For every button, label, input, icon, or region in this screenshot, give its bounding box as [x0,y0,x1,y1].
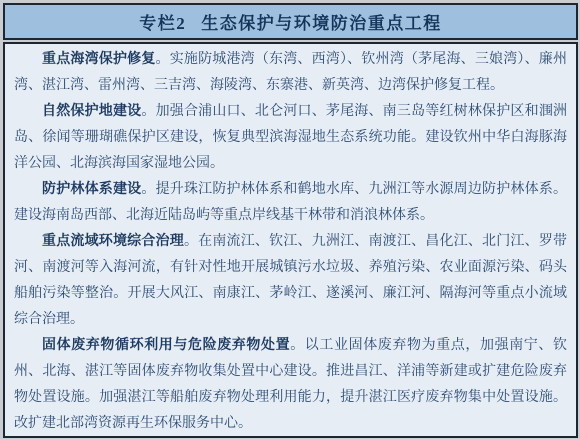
paragraph-river-basin-treatment: 重点流域环境综合治理。在南流江、钦江、九洲江、南渡江、昌化江、北门江、罗带河、南… [14,229,567,333]
paragraph-lead: 自然保护地建设 [42,104,141,119]
paragraph-lead: 固体废弃物循环利用与危险废弃物处置 [42,338,290,353]
screenshot-canvas: 专栏2 生态保护与环境防治重点工程 重点海湾保护修复。实施防城港湾（东湾、西湾）… [0,0,580,439]
box-header-title: 生态保护与环境防治重点工程 [201,9,442,34]
paragraph-solid-waste: 固体废弃物循环利用与危险废弃物处置。以工业固体废弃物为重点，加强南宁、钦州、北海… [14,333,567,437]
paragraph-key-bay-restoration: 重点海湾保护修复。实施防城港湾（东湾、西湾）、钦州湾（茅尾海、三娘湾）、廉州湾、… [14,47,567,99]
box-body: 重点海湾保护修复。实施防城港湾（东湾、西湾）、钦州湾（茅尾海、三娘湾）、廉州湾、… [3,42,578,438]
paragraph-shelter-forest: 防护林体系建设。提升珠江防护林体系和鹤地水库、九洲江等水源周边防护林体系。建设海… [14,177,567,229]
box-header: 专栏2 生态保护与环境防治重点工程 [3,3,578,40]
document-panel: 专栏2 生态保护与环境防治重点工程 重点海湾保护修复。实施防城港湾（东湾、西湾）… [3,3,578,438]
paragraph-lead: 重点海湾保护修复 [42,52,156,67]
box-header-label: 专栏2 [139,9,186,34]
paragraph-lead: 重点流域环境综合治理 [42,234,184,249]
paragraph-nature-reserves: 自然保护地建设。加强合浦山口、北仑河口、茅尾海、南三岛等红树林保护区和涠洲岛、徐… [14,99,567,177]
paragraph-lead: 防护林体系建设 [42,182,141,197]
